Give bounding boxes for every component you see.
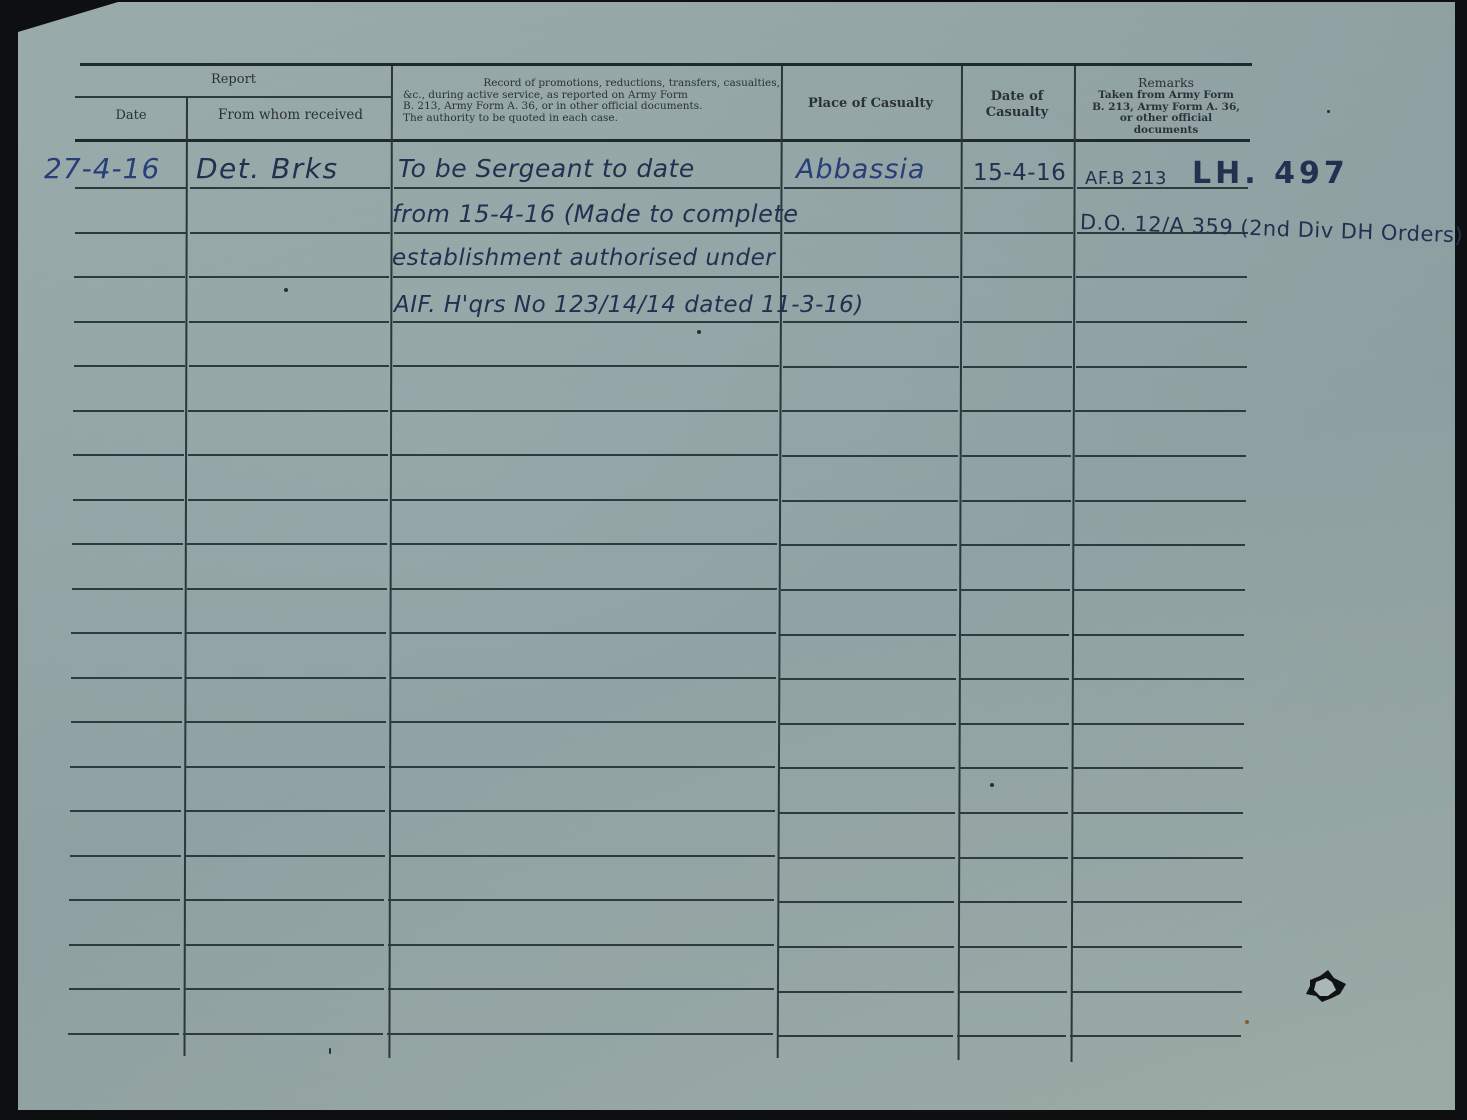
row-rule [962,410,1071,412]
header-record: Record of promotions, reductions, transf… [398,78,780,124]
row-rule [393,365,779,367]
row-rule [390,721,776,723]
header-remarks: Remarks Taken from Army Form B. 213, Arm… [1076,76,1256,136]
row-rule [392,454,778,456]
row-rule [778,901,954,903]
row-rule [963,321,1072,323]
row-rule [74,276,185,278]
row-rule [390,632,776,634]
row-rule [75,232,186,234]
row-rule [778,946,954,948]
row-rule [390,677,776,679]
row-rule [777,1035,953,1037]
entry-remarks-form: AF.B 213 [1085,168,1167,189]
row-rule [184,988,384,990]
row-rule [778,991,954,993]
row-rule [73,410,184,412]
row-rule [188,499,388,501]
row-rule [958,946,1067,948]
row-rule [189,365,389,367]
row-rule [389,766,775,768]
row-rule [1074,589,1245,591]
row-rule [391,543,777,545]
row-rule [187,588,387,590]
header-report: Report [75,74,392,86]
row-rule [960,634,1069,636]
entry-date: 27-4-16 [44,152,160,185]
row-rule [185,810,385,812]
ink-speck [697,330,701,334]
row-rule [391,588,777,590]
row-rule [1071,901,1242,903]
row-rule [960,678,1069,680]
row-rule [1072,857,1243,859]
row-rule [394,187,780,189]
row-rule [72,543,183,545]
row-rule [74,365,185,367]
row-rule [962,455,1071,457]
row-rule [962,500,1071,502]
row-rule [1076,366,1247,368]
row-rule [781,544,957,546]
row-rule [189,321,389,323]
row-rule [960,723,1069,725]
row-rule [783,321,959,323]
row-rule [782,500,958,502]
entry-record-line-1: To be Sergeant to date [398,154,695,183]
row-rule [1073,723,1244,725]
row-rule [958,901,1067,903]
row-rule [1073,634,1244,636]
row-rule [393,321,779,323]
row-rule [394,232,780,234]
header-top-rule [80,63,1252,66]
row-rule [1076,321,1247,323]
row-rule [73,454,184,456]
row-rule [188,410,388,412]
row-rule [958,991,1067,993]
row-rule [186,721,386,723]
row-rule [183,1033,383,1035]
row-rule [69,899,180,901]
row-rule [71,677,182,679]
entry-place: Abbassia [796,154,925,185]
row-rule [784,187,960,189]
row-rule [70,766,181,768]
row-rule [780,634,956,636]
ink-speck [990,783,994,787]
row-rule [961,544,1070,546]
row-rule [75,187,186,189]
row-rule [190,187,390,189]
row-rule [186,677,386,679]
row-rule [779,857,955,859]
row-rule [392,410,778,412]
header-place-of-casualty: Place of Casualty [783,96,958,112]
entry-record-line-4: AIF. H'qrs No 123/14/14 dated 11-3-16) [394,292,864,318]
row-rule [74,321,185,323]
row-rule [185,766,385,768]
row-rule [784,232,960,234]
row-rule [70,810,181,812]
row-rule [1072,767,1243,769]
row-rule [1073,678,1244,680]
row-rule [71,632,182,634]
row-rule [188,454,388,456]
row-rule [1074,544,1245,546]
entry-record-line-2: from 15-4-16 (Made to complete [392,200,799,228]
row-rule [964,232,1073,234]
row-rule [189,276,389,278]
row-rule [959,767,1068,769]
row-rule [73,499,184,501]
row-rule [190,232,390,234]
row-rule [779,767,955,769]
row-rule [69,988,180,990]
row-rule [186,632,386,634]
row-rule [69,944,180,946]
ink-speck [284,288,288,292]
entry-from-whom: Det. Brks [196,152,339,185]
row-rule [964,187,1073,189]
punched-hole [1300,968,1350,1014]
row-rule [1075,500,1246,502]
row-rule [389,810,775,812]
row-rule [387,1033,773,1035]
header-date: Date [75,110,187,122]
row-rule [388,988,774,990]
row-rule [1076,276,1247,278]
row-rule [187,543,387,545]
entry-date-casualty: 15-4-16 [973,160,1066,186]
row-rule [957,1035,1066,1037]
row-rule [184,944,384,946]
row-rule [1071,946,1242,948]
row-rule [71,721,182,723]
row-rule [185,855,385,857]
header-date-of-casualty: Date of Casualty [961,89,1073,121]
row-rule [963,276,1072,278]
row-rule [388,899,774,901]
row-rule [1075,410,1246,412]
row-rule [959,857,1068,859]
entry-record-line-3: establishment authorised under [392,245,775,271]
row-rule [782,455,958,457]
row-rule [1072,812,1243,814]
row-rule [963,366,1072,368]
entry-remarks-lh: LH. 497 [1192,156,1349,191]
row-rule [72,588,183,590]
rust-speck [1245,1020,1249,1024]
row-rule [961,589,1070,591]
row-rule [782,410,958,412]
row-rule [1075,455,1246,457]
row-rule [780,723,956,725]
row-rule [70,855,181,857]
row-rule [388,944,774,946]
row-rule [779,812,955,814]
row-rule [780,678,956,680]
row-rule [1070,1035,1241,1037]
row-rule [393,276,779,278]
row-rule [68,1033,179,1035]
report-subheader-rule [75,96,392,98]
row-rule [1071,991,1242,993]
ink-speck [329,1048,331,1054]
row-rule [184,899,384,901]
row-rule [783,366,959,368]
row-rule [392,499,778,501]
row-rule [389,855,775,857]
ink-speck [1327,110,1330,113]
row-rule [781,589,957,591]
row-rule [959,812,1068,814]
header-from-whom: From whom received [189,110,392,122]
row-rule [783,276,959,278]
